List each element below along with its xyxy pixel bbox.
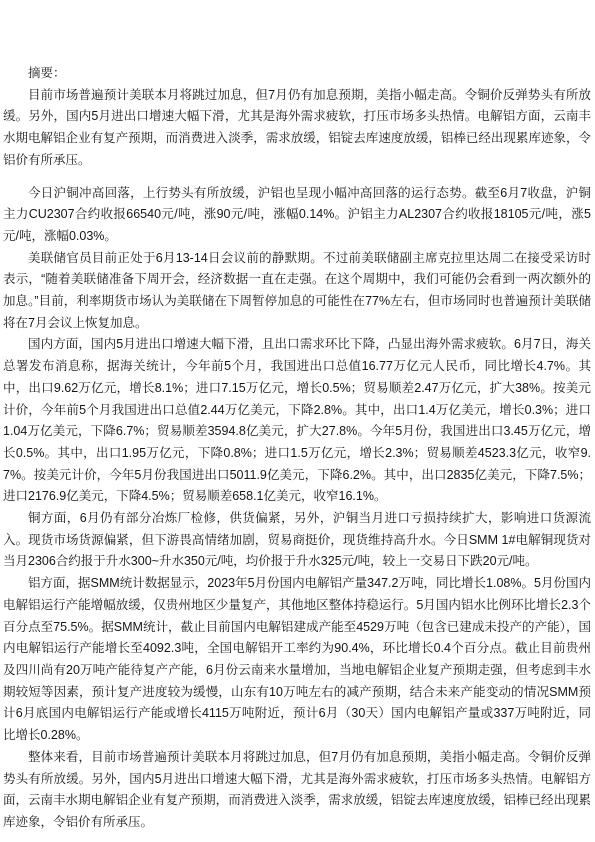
summary-heading: 摘要： bbox=[3, 63, 591, 85]
paragraph-china-trade-data: 国内方面，国内5月进出口增速大幅下滑，且出口需求环比下降，凸显出海外需求疲软。6… bbox=[3, 334, 591, 508]
paragraph-aluminum-supply: 铝方面，据SMM统计数据显示，2023年5月份国内电解铝产量347.2万吨，同比… bbox=[3, 573, 591, 747]
paragraph-conclusion: 整体来看，目前市场普遍预计美联本月将跳过加息，但7月仍有加息预期，美指小幅走高。… bbox=[3, 747, 591, 834]
document-page: 摘要： 目前市场普遍预计美联本月将跳过加息，但7月仍有加息预期，美指小幅走高。令… bbox=[0, 0, 595, 842]
paragraph-copper-spot: 铜方面，6月仍有部分冶炼厂检修，供货偏紧，另外，沪铜当月进口亏损持续扩大，影响进… bbox=[3, 508, 591, 573]
summary-paragraph: 目前市场普遍预计美联本月将跳过加息，但7月仍有加息预期，美指小幅走高。令铜价反弹… bbox=[3, 85, 591, 172]
paragraph-market-recap: 今日沪铜冲高回落，上行势头有所放缓，沪铝也呈现小幅冲高回落的运行态势。截至6月7… bbox=[3, 183, 591, 248]
paragraph-fed-outlook: 美联储官员目前正处于6月13-14日会议前的静默期。不过前美联储副主席克拉里达周… bbox=[3, 248, 591, 335]
